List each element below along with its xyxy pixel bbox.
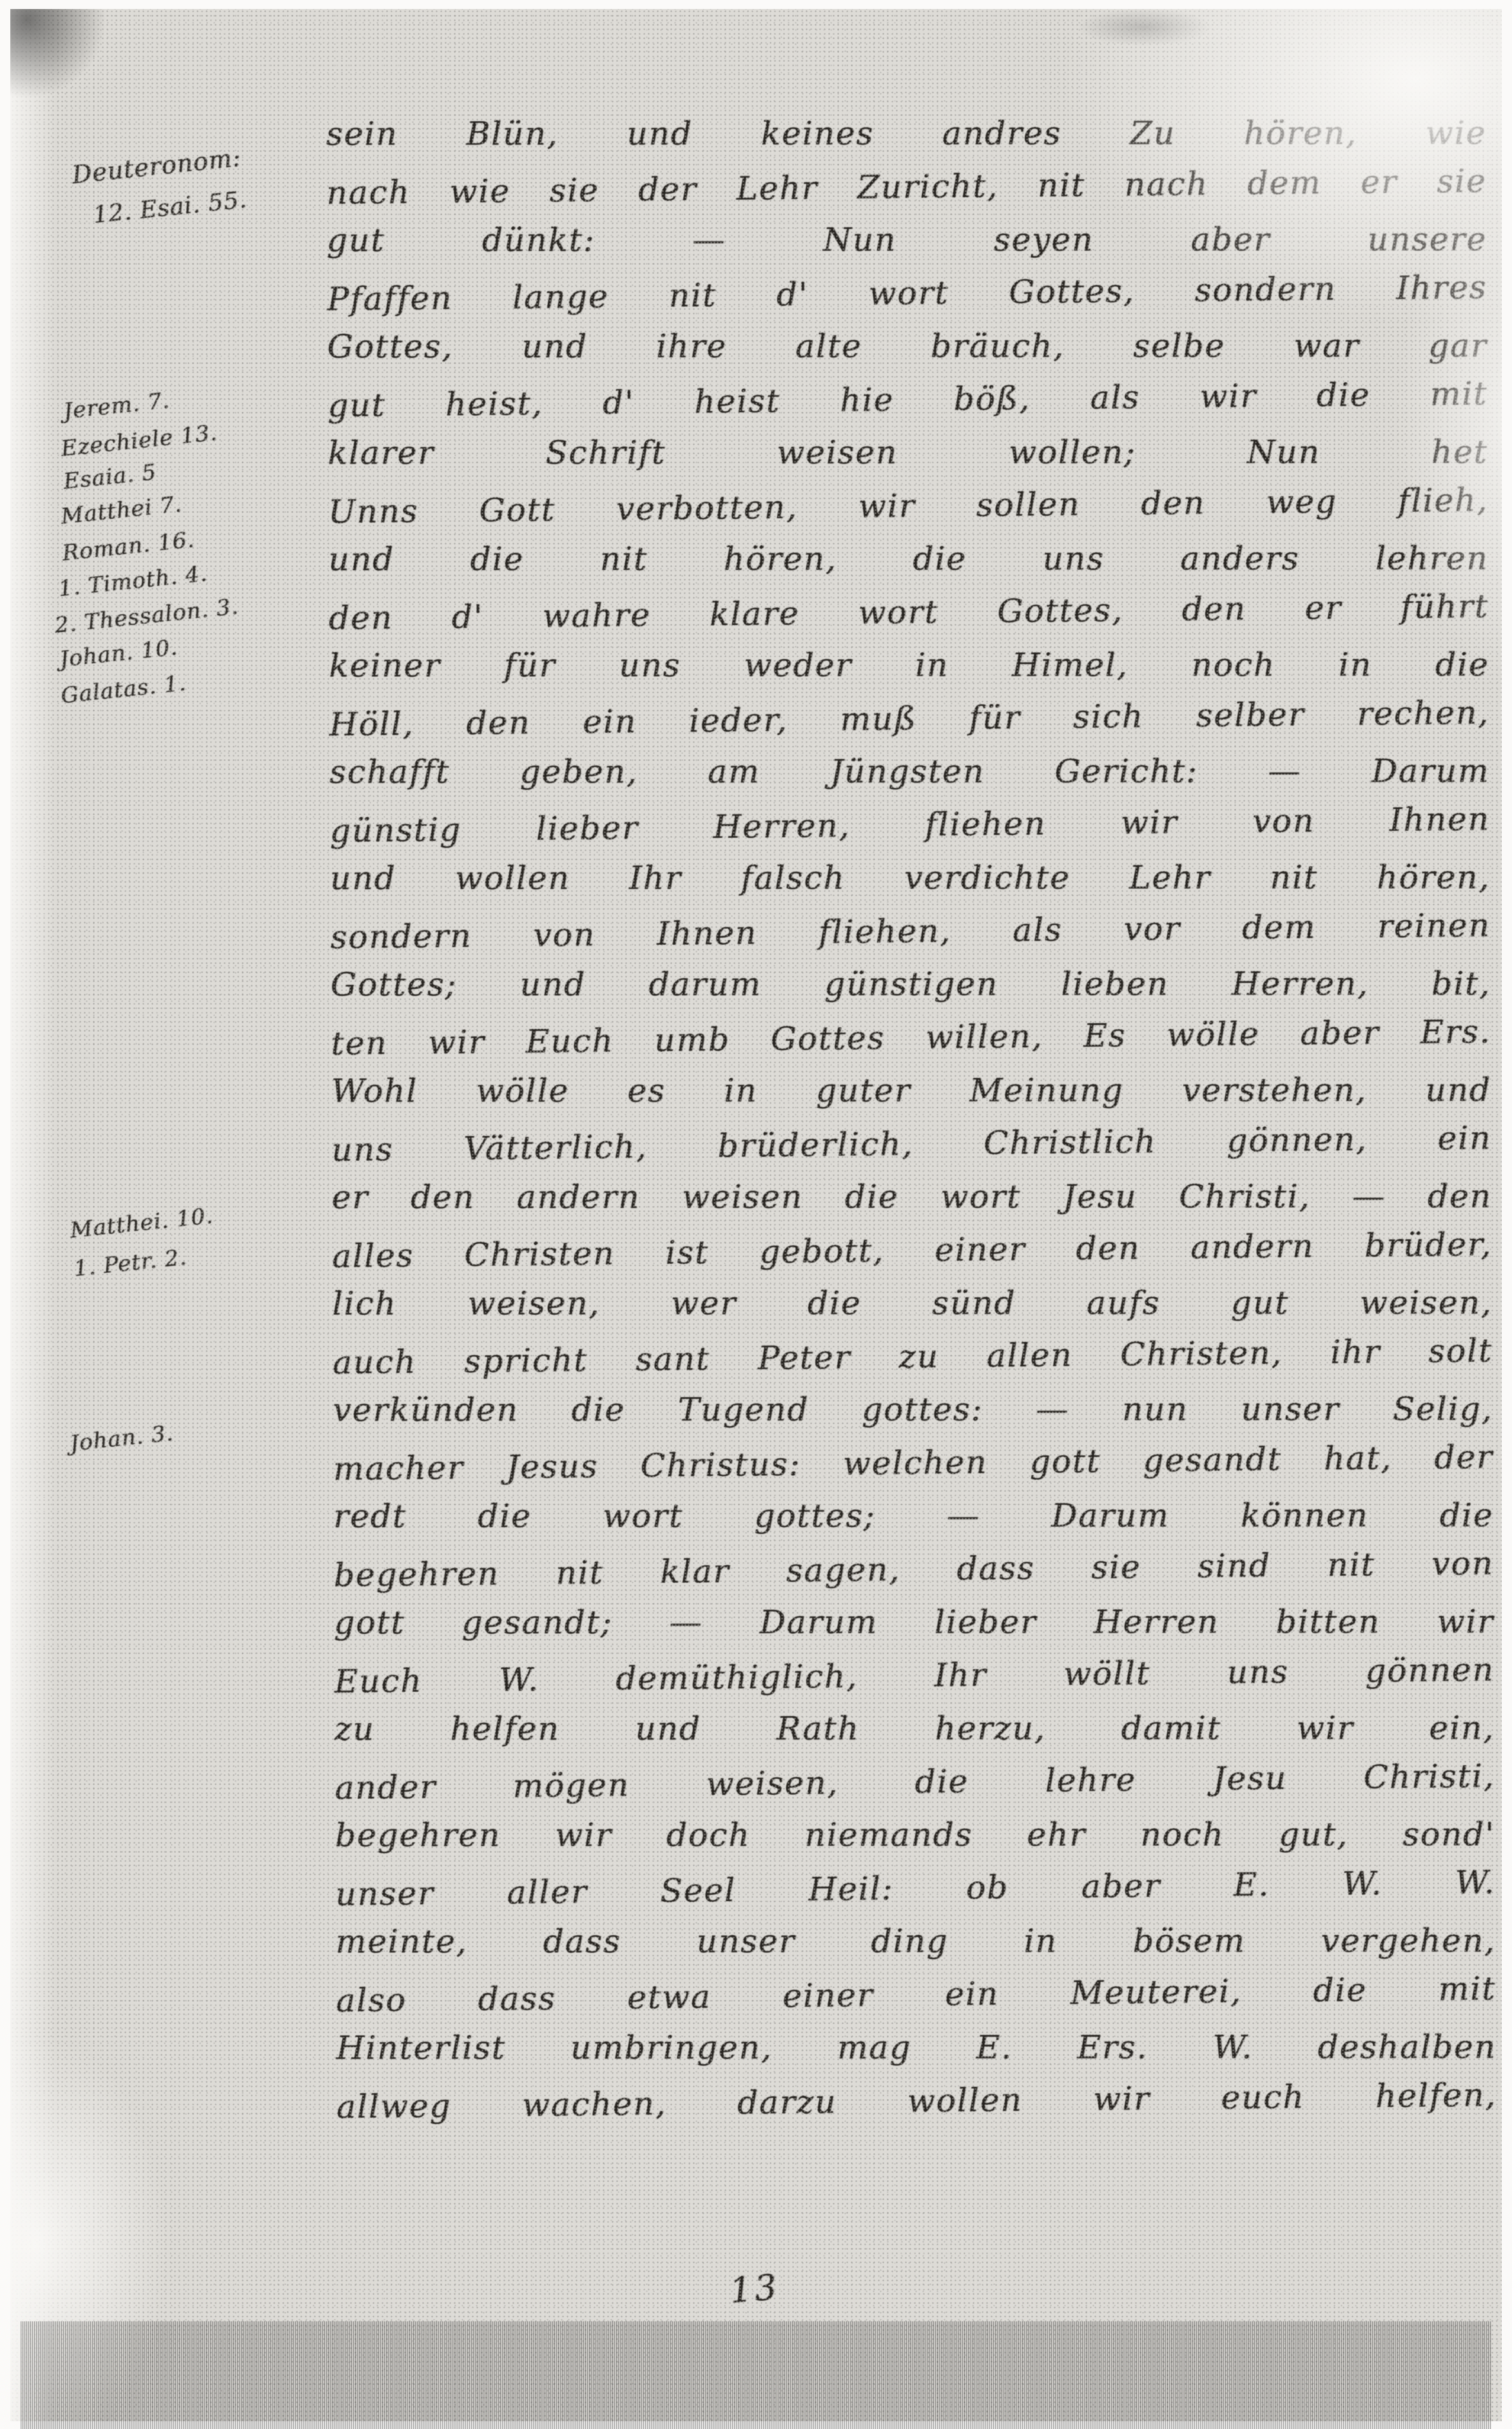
- manuscript-body-text: sein Blün, und keines andres Zu hören, w…: [326, 104, 1497, 2133]
- manuscript-line: Pfaffen lange nit d' wort Gottes, sonder…: [327, 260, 1488, 325]
- margin-citation: Galatas. 1.: [59, 670, 187, 709]
- manuscript-paper: Deuteronom: 12. Esai. 55. Jerem. 7. Ezec…: [10, 9, 1502, 2421]
- manuscript-line: lich weisen, wer die sünd aufs gut weise…: [332, 1276, 1492, 1330]
- margin-citation: 1. Petr. 2.: [72, 1244, 188, 1282]
- manuscript-line: meinte, dass unser ding in bösem vergehe…: [336, 1914, 1496, 1968]
- scan-bottom-band: [21, 2321, 1491, 2429]
- margin-citation: Matthei. 10.: [69, 1203, 215, 1243]
- manuscript-line: unser aller Seel Heil: ob aber E. W. W.: [335, 1855, 1496, 1921]
- margin-citation: Deuteronom:: [70, 143, 242, 189]
- manuscript-line: Hinterlist umbringen, mag E. Ers. W. des…: [336, 2020, 1497, 2075]
- manuscript-line: uns Vätterlich, brüderlich, Christlich g…: [331, 1111, 1492, 1176]
- page-number: 13: [728, 2267, 780, 2311]
- manuscript-line: nach wie sie der Lehr Zuricht, nit nach …: [326, 154, 1487, 219]
- manuscript-line: klarer Schrift weisen wollen; Nun het: [328, 425, 1488, 479]
- margin-citation: 2. Thessalon. 3.: [53, 594, 240, 639]
- manuscript-line: Wohl wölle es in guter Meinung verstehen…: [331, 1063, 1491, 1118]
- manuscript-line: zu helfen und Rath herzu, damit wir ein,: [334, 1701, 1495, 1756]
- manuscript-line: alles Christen ist gebott, einer den and…: [332, 1217, 1493, 1282]
- margin-citation: Roman. 16.: [61, 527, 195, 566]
- manuscript-line: sondern von Ihnen fliehen, als vor dem r…: [330, 898, 1491, 963]
- manuscript-line: schafft geben, am Jüngsten Gericht: — Da…: [329, 744, 1489, 798]
- manuscript-line: Gottes; und darum günstigen lieben Herre…: [331, 957, 1491, 1011]
- manuscript-line: redt die wort gottes; — Darum können die: [333, 1489, 1493, 1543]
- manuscript-line: auch spricht sant Peter zu allen Christe…: [333, 1324, 1493, 1389]
- manuscript-line: Höll, den ein ieder, muß für sich selber…: [329, 686, 1489, 751]
- manuscript-line: ten wir Euch umb Gottes willen, Es wölle…: [331, 1005, 1491, 1070]
- manuscript-line: sein Blün, und keines andres Zu hören, w…: [326, 106, 1486, 160]
- margin-citation: Esaia. 5: [62, 460, 157, 495]
- manuscript-line: Unns Gott verbotten, wir sollen den weg …: [328, 473, 1489, 538]
- margin-citation: Ezechiele 13.: [60, 420, 219, 461]
- manuscript-line: keiner für uns weder in Himel, noch in d…: [329, 638, 1489, 692]
- manuscript-line: macher Jesus Christus: welchen gott gesa…: [333, 1430, 1493, 1495]
- manuscript-line: Gottes, und ihre alte bräuch, selbe war …: [327, 319, 1488, 373]
- margin-citation: 1. Timoth. 4.: [57, 561, 209, 602]
- manuscript-line: allweg wachen, darzu wollen wir euch hel…: [336, 2068, 1497, 2133]
- manuscript-line: ander mögen weisen, die lehre Jesu Chris…: [334, 1749, 1495, 1814]
- manuscript-line: begehren wir doch niemands ehr noch gut,…: [335, 1808, 1495, 1862]
- manuscript-line: Euch W. demüthiglich, Ihr wöllt uns gönn…: [334, 1643, 1495, 1708]
- manuscript-line: begehren nit klar sagen, dass sie sind n…: [333, 1536, 1494, 1602]
- manuscript-line: gut dünkt: — Nun seyen aber unsere: [327, 213, 1487, 267]
- margin-citation: Jerem. 7.: [62, 387, 171, 424]
- margin-citation: Johan. 10.: [58, 635, 179, 673]
- manuscript-line: und die nit hören, die uns anders lehren: [328, 532, 1488, 586]
- manuscript-line: verkünden die Tugend gottes: — nun unser…: [333, 1382, 1493, 1437]
- manuscript-line: gut heist, d' heist hie böß, als wir die…: [327, 367, 1488, 432]
- scanned-manuscript-page: { "document": { "kind": "handwritten man…: [0, 0, 1512, 2429]
- margin-citation: Matthei 7.: [59, 491, 183, 529]
- manuscript-line: und wollen Ihr falsch verdichte Lehr nit…: [330, 851, 1490, 905]
- manuscript-line: er den andern weisen die wort Jesu Chris…: [332, 1170, 1492, 1224]
- margin-citation: Johan. 3.: [68, 1420, 175, 1457]
- margin-citation: 12. Esai. 55.: [92, 187, 249, 229]
- manuscript-line: günstig lieber Herren, fliehen wir von I…: [329, 792, 1490, 857]
- manuscript-line: also dass etwa einer ein Meuterei, die m…: [336, 1962, 1497, 2027]
- manuscript-line: gott gesandt; — Darum lieber Herren bitt…: [334, 1595, 1494, 1649]
- manuscript-line: den d' wahre klare wort Gottes, den er f…: [329, 579, 1489, 644]
